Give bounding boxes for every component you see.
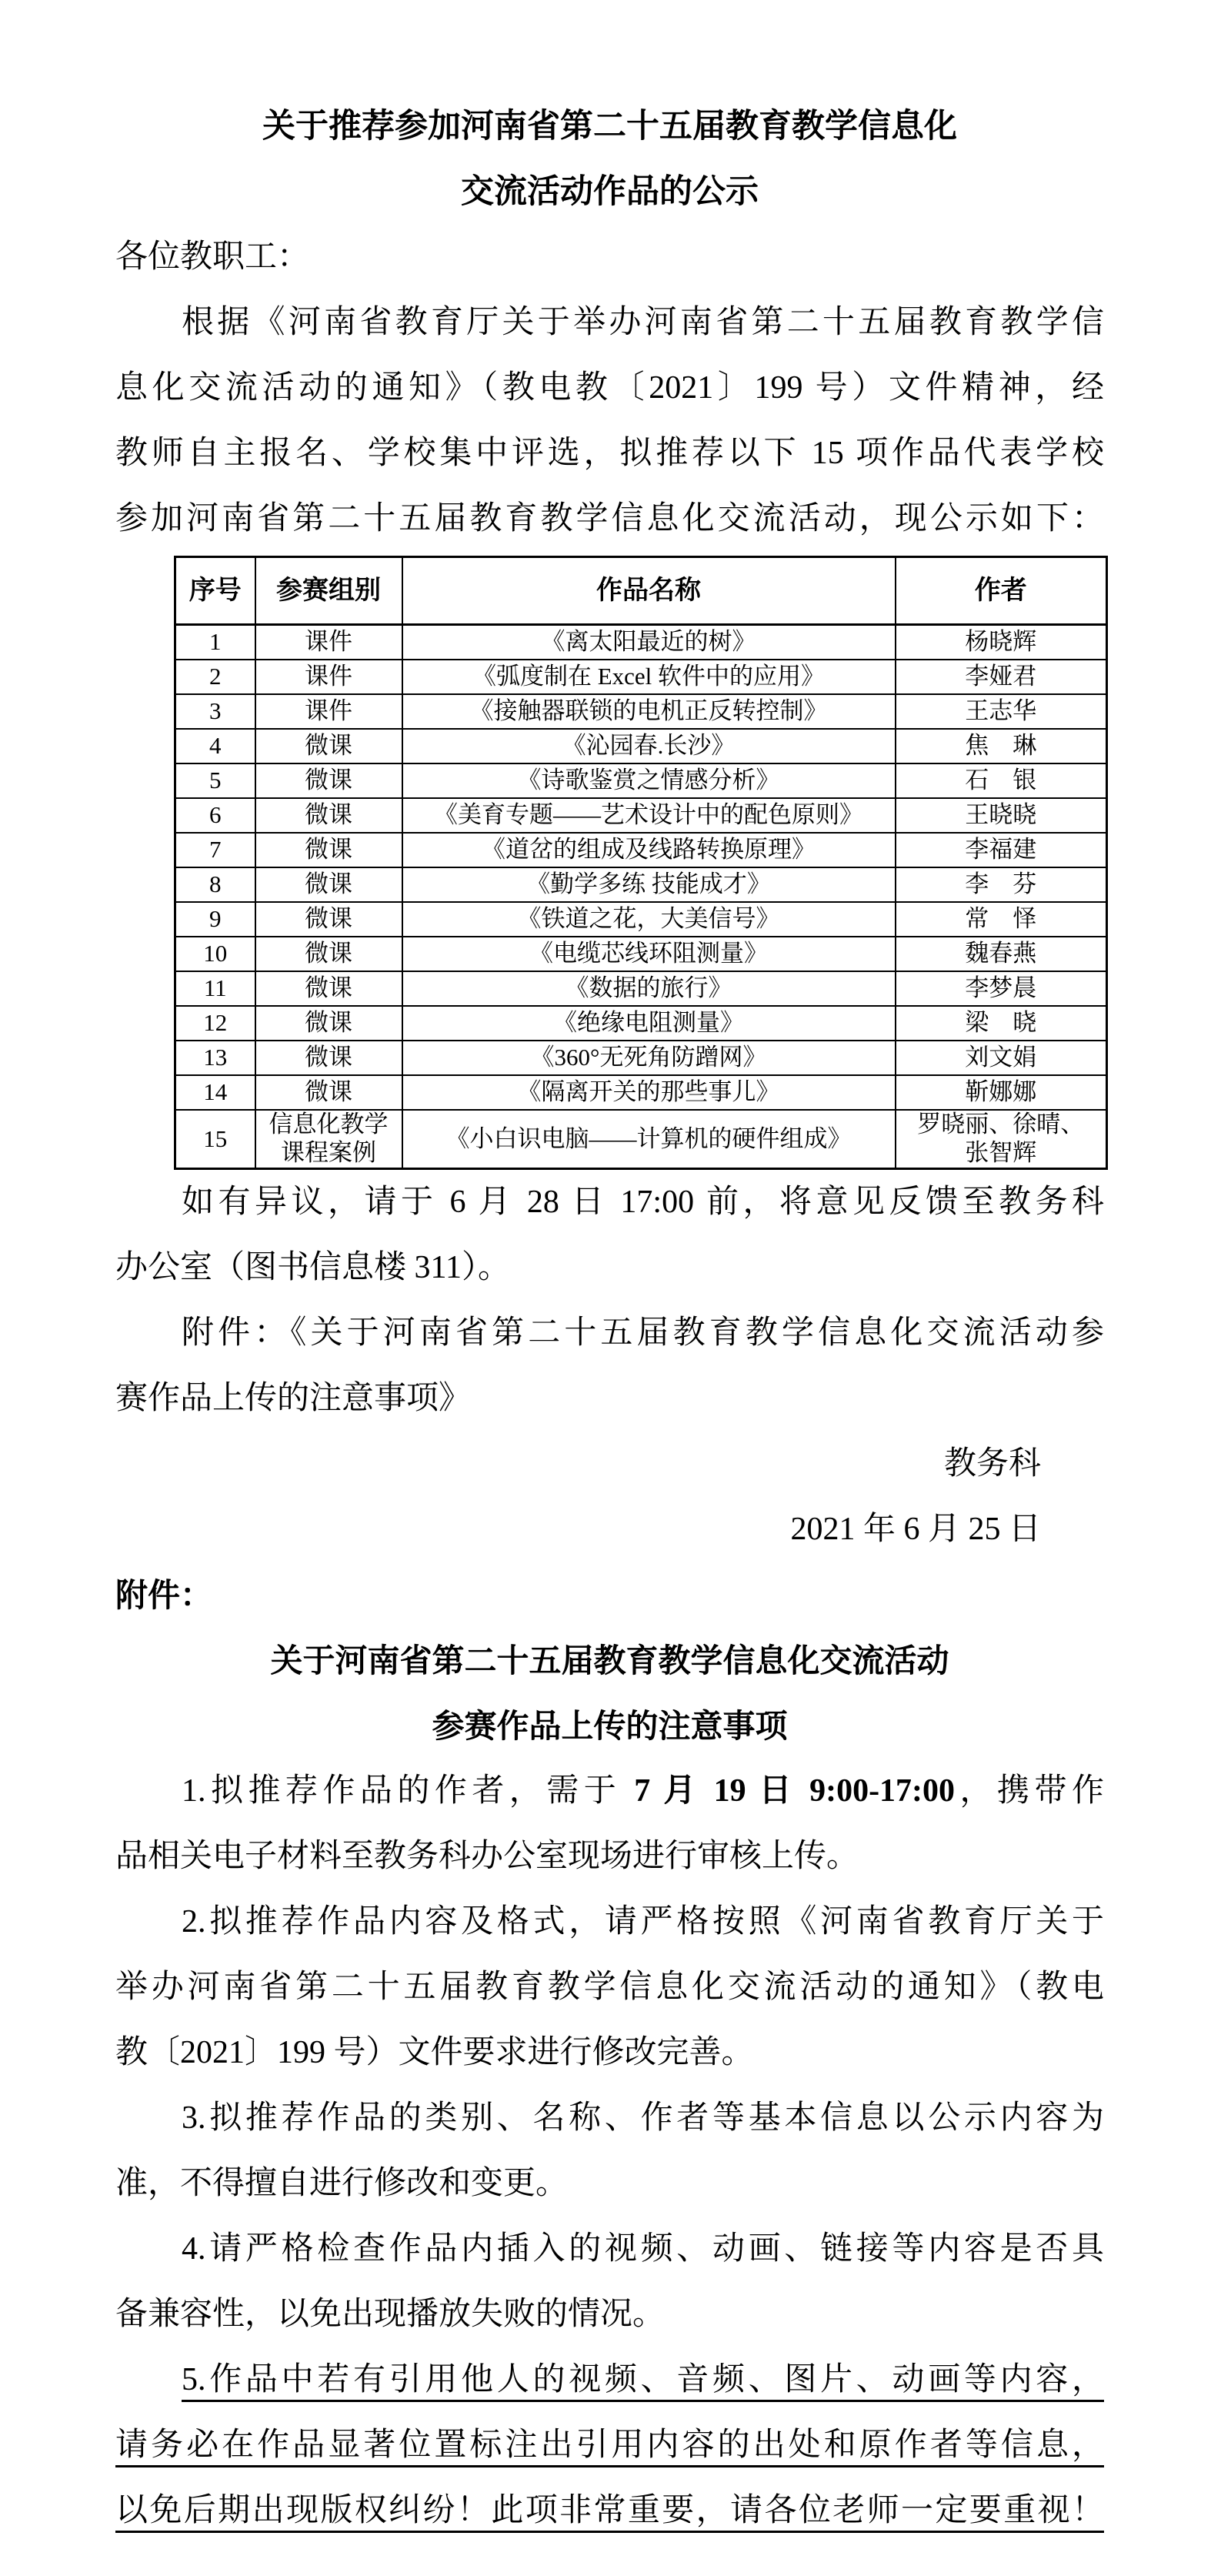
table-row: 5 微课 《诗歌鉴赏之情感分析》 石 银 [175,763,1107,798]
notice-item-1-bold-time: 7 月 19 日 9:00-17:00 [634,1773,955,1809]
cell-title: 《绝缘电阻测量》 [402,1006,896,1041]
notice-item-4: 4.请严格检查作品内插入的视频、动画、链接等内容是否具 备兼容性，以免出现播放失… [115,2217,1104,2347]
cell-author: 李 芬 [896,867,1107,902]
cell-title: 《接触器联锁的电机正反转控制》 [402,694,896,729]
cell-no: 6 [175,798,255,833]
cell-group: 微课 [255,729,402,763]
document-page: 关于推荐参加河南省第二十五届教育教学信息化 交流活动作品的公示 各位教职工： 根… [0,0,1221,2576]
cell-group: 微课 [255,1041,402,1075]
notice-item-1: 1.拟推荐作品的作者，需于 7 月 19 日 9:00-17:00，携带作 品相… [115,1759,1104,1889]
cell-no: 4 [175,729,255,763]
cell-title: 《弧度制在 Excel 软件中的应用》 [402,660,896,694]
cell-title: 《小白识电脑——计算机的硬件组成》 [402,1110,896,1169]
header-author: 作者 [896,557,1107,625]
header-seq: 序号 [175,557,255,625]
cell-group: 微课 [255,867,402,902]
cell-title: 《隔离开关的那些事儿》 [402,1075,896,1110]
cell-no: 11 [175,971,255,1006]
cell-author: 魏春燕 [896,937,1107,971]
notice-item-1-text: 1.拟推荐作品的作者，需于 [182,1773,634,1809]
page-title-line1: 关于推荐参加河南省第二十五届教育教学信息化 [115,94,1104,159]
cell-author: 罗晓丽、徐晴、 张智辉 [896,1110,1107,1169]
notice-item-2-line: 教〔2021〕199 号）文件要求进行修改完善。 [115,2020,1104,2086]
cell-author: 李梦晨 [896,971,1107,1006]
cell-author: 王志华 [896,694,1107,729]
cell-no: 3 [175,694,255,729]
notice-item-4-line: 4.请严格检查作品内插入的视频、动画、链接等内容是否具 [115,2217,1104,2282]
cell-author: 石 银 [896,763,1107,798]
table-header-row: 序号 参赛组别 作品名称 作者 [175,557,1107,625]
cell-group: 信息化教学 课程案例 [255,1110,402,1169]
table-row: 7 微课 《道岔的组成及线路转换原理》 李福建 [175,833,1107,867]
signature-date: 2021 年 6 月 25 日 [115,1497,1104,1562]
cell-title: 《勤学多练 技能成才》 [402,867,896,902]
cell-group: 课件 [255,694,402,729]
notice-item-4-line: 备兼容性，以免出现播放失败的情况。 [115,2282,1104,2347]
cell-title: 《沁园春.长沙》 [402,729,896,763]
cell-author: 梁 晓 [896,1006,1107,1041]
cell-no: 15 [175,1110,255,1169]
notice-item-5-line: 5.作品中若有引用他人的视频、音频、图片、动画等内容， [115,2347,1104,2413]
objection-line: 如有异议，请于 6 月 28 日 17:00 前，将意见反馈至教务科 [115,1170,1104,1235]
cell-author: 焦 琳 [896,729,1107,763]
table-row: 4 微课 《沁园春.长沙》 焦 琳 [175,729,1107,763]
table-row: 14 微课 《隔离开关的那些事儿》 靳娜娜 [175,1075,1107,1110]
notice-item-1-line: 品相关电子材料至教务科办公室现场进行审核上传。 [115,1824,1104,1889]
signer: 教务科 [115,1432,1104,1497]
objection-line: 办公室（图书信息楼 311）。 [115,1235,1104,1301]
table-row: 15 信息化教学 课程案例 《小白识电脑——计算机的硬件组成》 罗晓丽、徐晴、 … [175,1110,1107,1169]
cell-group: 课件 [255,660,402,694]
intro-line: 息化交流活动的通知》（教电教〔2021〕199 号）文件精神，经 [115,356,1104,421]
cell-author: 靳娜娜 [896,1075,1107,1110]
notice-item-3-line: 3.拟推荐作品的类别、名称、作者等基本信息以公示内容为 [115,2086,1104,2151]
intro-line: 教师自主报名、学校集中评选，拟推荐以下 15 项作品代表学校 [115,421,1104,486]
attachment-title: 关于河南省第二十五届教育教学信息化交流活动 参赛作品上传的注意事项 [115,1628,1104,1759]
cell-group: 微课 [255,1075,402,1110]
notice-item-5-line: 请务必在作品显著位置标注出引用内容的出处和原作者等信息， [115,2413,1104,2478]
cell-no: 12 [175,1006,255,1041]
cell-group: 微课 [255,763,402,798]
intro-line: 根据《河南省教育厅关于举办河南省第二十五届教育教学信 [115,290,1104,356]
cell-no: 14 [175,1075,255,1110]
cell-title: 《诗歌鉴赏之情感分析》 [402,763,896,798]
cell-group: 微课 [255,798,402,833]
attachment-reference-line: 附件：《关于河南省第二十五届教育教学信息化交流活动参 [115,1301,1104,1366]
cell-title: 《铁道之花，大美信号》 [402,902,896,937]
cell-no: 10 [175,937,255,971]
cell-no: 9 [175,902,255,937]
notice-item-2-line: 2.拟推荐作品内容及格式，请严格按照《河南省教育厅关于 [115,1889,1104,1955]
cell-no: 7 [175,833,255,867]
table-row: 3 课件 《接触器联锁的电机正反转控制》 王志华 [175,694,1107,729]
cell-no: 13 [175,1041,255,1075]
cell-author: 李福建 [896,833,1107,867]
objection-paragraph: 如有异议，请于 6 月 28 日 17:00 前，将意见反馈至教务科 办公室（图… [115,1170,1104,1301]
cell-group: 微课 [255,833,402,867]
attachment-label: 附件： [115,1562,1104,1628]
cell-author: 刘文娟 [896,1041,1107,1075]
attachment-reference-paragraph: 附件：《关于河南省第二十五届教育教学信息化交流活动参 赛作品上传的注意事项》 [115,1301,1104,1432]
cell-no: 8 [175,867,255,902]
intro-paragraph: 根据《河南省教育厅关于举办河南省第二十五届教育教学信 息化交流活动的通知》（教电… [115,290,1104,552]
table-row: 6 微课 《美育专题——艺术设计中的配色原则》 王晓晓 [175,798,1107,833]
cell-title: 《美育专题——艺术设计中的配色原则》 [402,798,896,833]
table-row: 13 微课 《360°无死角防蹭网》 刘文娟 [175,1041,1107,1075]
cell-author: 常 怿 [896,902,1107,937]
table-row: 12 微课 《绝缘电阻测量》 梁 晓 [175,1006,1107,1041]
cell-group: 课件 [255,625,402,660]
cell-group: 微课 [255,902,402,937]
attachment-title-line1: 关于河南省第二十五届教育教学信息化交流活动 [115,1628,1104,1693]
table-row: 2 课件 《弧度制在 Excel 软件中的应用》 李娅君 [175,660,1107,694]
cell-group: 微课 [255,1006,402,1041]
attachment-reference-line: 赛作品上传的注意事项》 [115,1366,1104,1432]
header-group: 参赛组别 [255,557,402,625]
cell-group: 微课 [255,971,402,1006]
cell-title: 《道岔的组成及线路转换原理》 [402,833,896,867]
notice-item-5-line: 以免后期出现版权纠纷！此项非常重要，请各位老师一定要重视！ [115,2478,1104,2544]
table-row: 11 微课 《数据的旅行》 李梦晨 [175,971,1107,1006]
notice-item-1-line: 1.拟推荐作品的作者，需于 7 月 19 日 9:00-17:00，携带作 [115,1759,1104,1824]
cell-title: 《离太阳最近的树》 [402,625,896,660]
cell-title: 《电缆芯线环阻测量》 [402,937,896,971]
salutation: 各位教职工： [115,225,1104,290]
cell-author: 王晓晓 [896,798,1107,833]
cell-title: 《数据的旅行》 [402,971,896,1006]
cell-author: 李娅君 [896,660,1107,694]
page-title: 关于推荐参加河南省第二十五届教育教学信息化 交流活动作品的公示 [115,94,1104,225]
cell-no: 2 [175,660,255,694]
notice-item-1-text: ，携带作 [955,1773,1104,1809]
notice-item-3-line: 准，不得擅自进行修改和变更。 [115,2151,1104,2217]
notice-item-3: 3.拟推荐作品的类别、名称、作者等基本信息以公示内容为 准，不得擅自进行修改和变… [115,2086,1104,2217]
attachment-title-line2: 参赛作品上传的注意事项 [115,1693,1104,1759]
header-title: 作品名称 [402,557,896,625]
recommended-works-table: 序号 参赛组别 作品名称 作者 1 课件 《离太阳最近的树》 杨晓辉 2 课件 … [174,556,1108,1170]
notice-item-2-line: 举办河南省第二十五届教育教学信息化交流活动的通知》（教电 [115,1955,1104,2020]
page-title-line2: 交流活动作品的公示 [115,159,1104,225]
table-row: 1 课件 《离太阳最近的树》 杨晓辉 [175,625,1107,660]
notice-item-2: 2.拟推荐作品内容及格式，请严格按照《河南省教育厅关于 举办河南省第二十五届教育… [115,1889,1104,2086]
notice-item-5: 5.作品中若有引用他人的视频、音频、图片、动画等内容， 请务必在作品显著位置标注… [115,2347,1104,2544]
cell-author: 杨晓辉 [896,625,1107,660]
cell-no: 5 [175,763,255,798]
cell-group: 微课 [255,937,402,971]
cell-no: 1 [175,625,255,660]
table-row: 10 微课 《电缆芯线环阻测量》 魏春燕 [175,937,1107,971]
table-row: 8 微课 《勤学多练 技能成才》 李 芬 [175,867,1107,902]
table-row: 9 微课 《铁道之花，大美信号》 常 怿 [175,902,1107,937]
cell-title: 《360°无死角防蹭网》 [402,1041,896,1075]
intro-line: 参加河南省第二十五届教育教学信息化交流活动，现公示如下： [115,486,1104,552]
